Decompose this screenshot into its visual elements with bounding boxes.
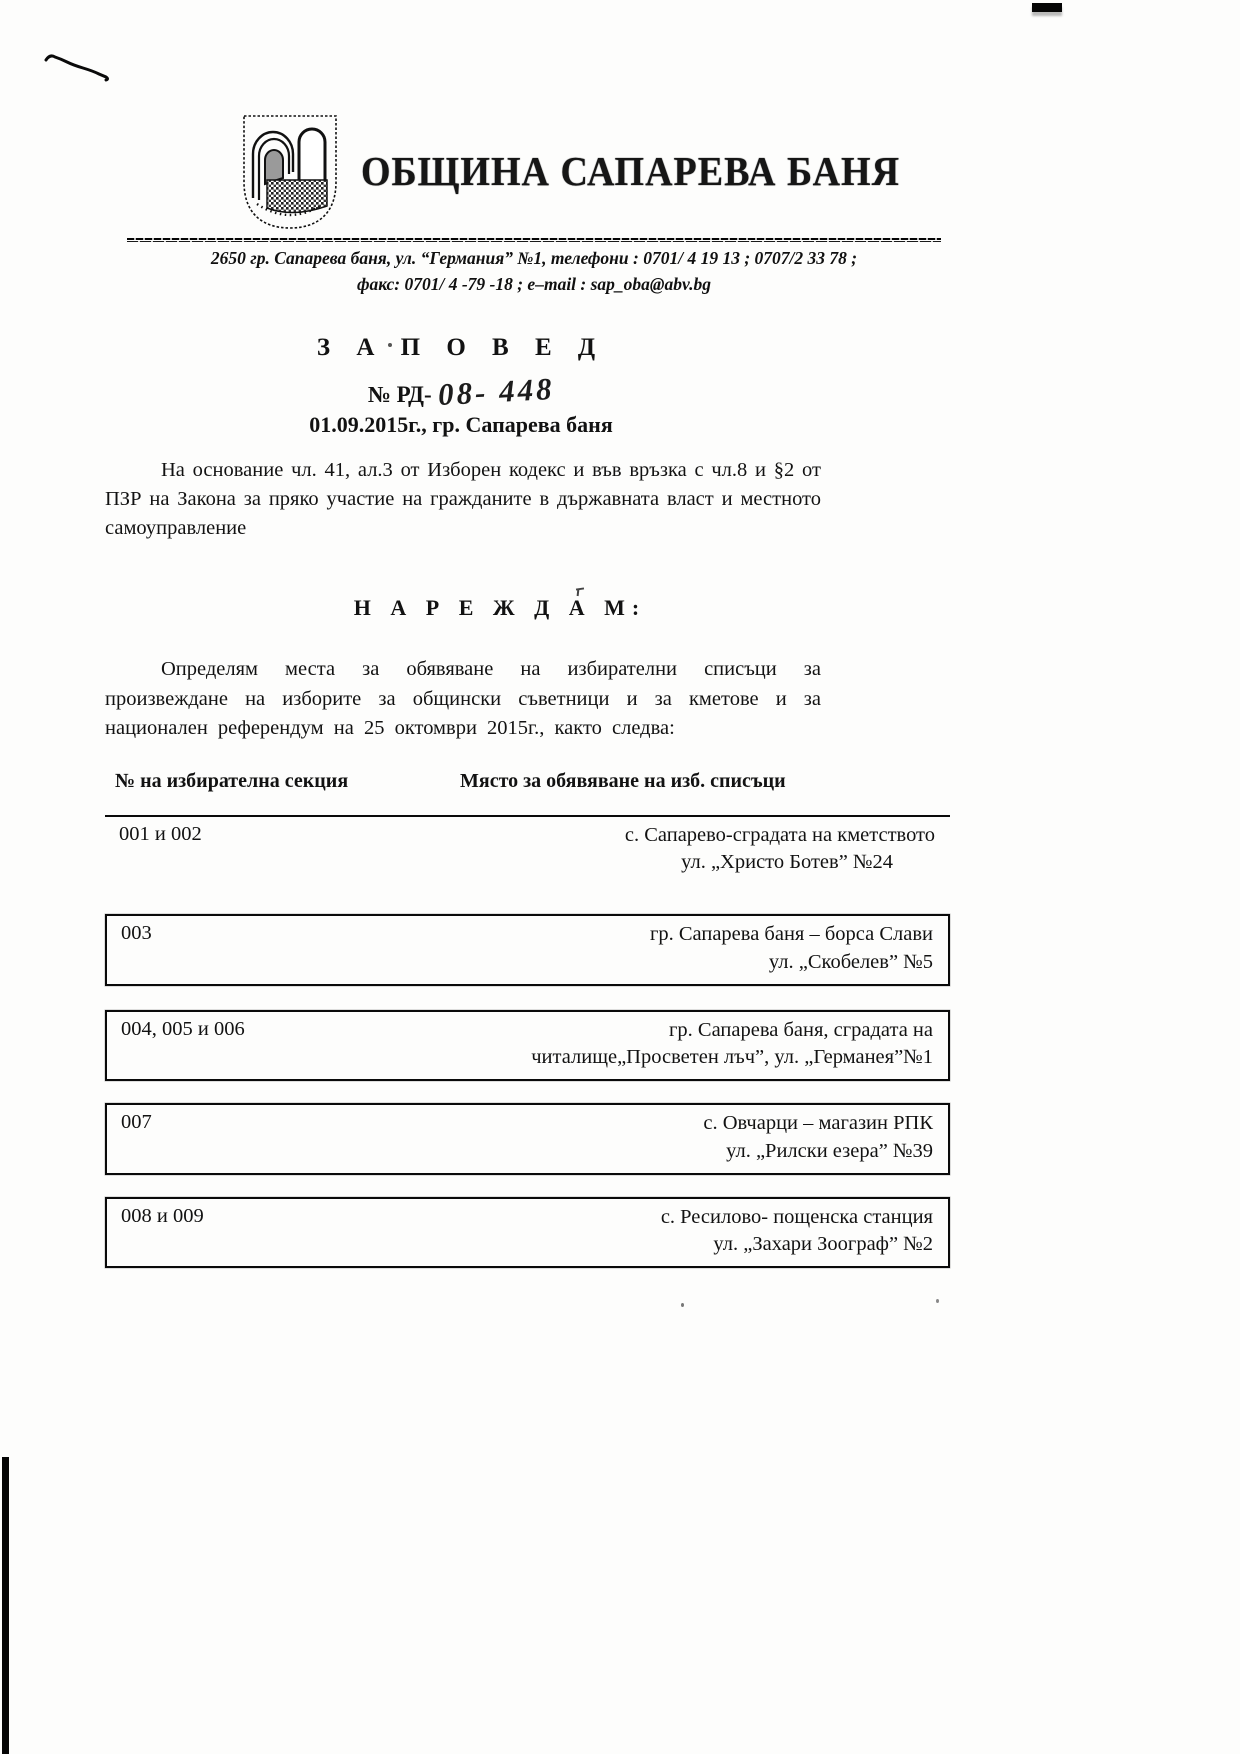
place-cell: с. Ресилово- пощенска станция ул. „Захар… <box>466 1199 948 1267</box>
address-line-2: факс: 0701/ 4 -79 -18 ; e–mail : sap_oba… <box>127 271 941 297</box>
scan-speck <box>681 1303 684 1307</box>
letterhead-address: 2650 гр. Сапарева баня, ул. “Германия” №… <box>127 245 941 298</box>
column-header-place: Място за обявяване на изб. списъци <box>460 770 950 793</box>
municipality-emblem-icon <box>231 112 349 232</box>
table-row: 001 и 002 с. Сапарево-сградата на кметст… <box>105 815 950 885</box>
polling-sections-table: № на избирателна секция Място за обявява… <box>105 770 950 1269</box>
order-number-handwritten: 08- 448 <box>437 370 555 412</box>
column-header-section: № на избирателна секция <box>105 770 460 793</box>
place-cell: гр. Сапарева баня – борса Слави ул. „Ско… <box>466 916 948 984</box>
place-line-2: читалище„Просветен лъч”, ул. „Германея”№… <box>466 1044 933 1071</box>
table-header-row: № на избирателна секция Място за обявява… <box>105 770 950 793</box>
pen-squiggle-mark <box>40 48 140 84</box>
place-cell: гр. Сапарева баня, сградата на читалище„… <box>466 1012 948 1080</box>
command-heading: Н А Р Е Ж Д А М: <box>105 595 895 621</box>
scan-artifact-top-right <box>1032 3 1062 12</box>
address-line-1: 2650 гр. Сапарева баня, ул. “Германия” №… <box>127 245 941 271</box>
table-row: 007 с. Овчарци – магазин РПК ул. „Рилски… <box>105 1103 950 1175</box>
scan-speck <box>936 1299 939 1303</box>
letterhead-rule <box>127 238 941 242</box>
place-cell: с. Сапарево-сградата на кметството ул. „… <box>464 817 950 885</box>
municipality-name: ОБЩИНА САПАРЕВА БАНЯ <box>361 148 900 196</box>
section-number: 007 <box>107 1105 466 1173</box>
order-number: № РД-08- 448 <box>105 374 817 410</box>
legal-basis-paragraph: На основание чл. 41, ал.3 от Изборен код… <box>105 456 821 543</box>
order-number-prefix: № РД- <box>368 382 432 407</box>
place-line-1: гр. Сапарева баня – борса Слави <box>466 921 933 948</box>
letterhead: ОБЩИНА САПАРЕВА БАНЯ <box>231 112 955 232</box>
place-line-2: ул. „Скобелев” №5 <box>466 949 933 976</box>
document-title: З А П О В Е Д <box>105 334 817 362</box>
section-number: 004, 005 и 006 <box>107 1012 466 1080</box>
scan-artifact-left-bar <box>2 1457 9 1754</box>
intro-paragraph: Определям места за обявяване на избирате… <box>105 655 821 744</box>
place-line-1: гр. Сапарева баня, сградата на <box>466 1017 933 1044</box>
order-date-place: 01.09.2015г., гр. Сапарева баня <box>105 412 817 438</box>
table-row: 003 гр. Сапарева баня – борса Слави ул. … <box>105 914 950 986</box>
place-line-2: ул. „Христо Ботев” №24 <box>464 849 893 876</box>
section-number: 008 и 009 <box>107 1199 466 1267</box>
place-line-1: с. Овчарци – магазин РПК <box>466 1110 933 1137</box>
table-row: 004, 005 и 006 гр. Сапарева баня, сграда… <box>105 1010 950 1082</box>
place-line-2: ул. „Захари Зоограф” №2 <box>466 1231 933 1258</box>
place-line-1: с. Сапарево-сградата на кметството <box>464 822 935 849</box>
place-line-1: с. Ресилово- пощенска станция <box>466 1204 933 1231</box>
place-line-2: ул. „Рилски езера” №39 <box>466 1138 933 1165</box>
place-cell: с. Овчарци – магазин РПК ул. „Рилски езе… <box>466 1105 948 1173</box>
scanned-order-document: ОБЩИНА САПАРЕВА БАНЯ 2650 гр. Сапарева б… <box>0 0 1240 1754</box>
section-number: 001 и 002 <box>105 817 464 885</box>
section-number: 003 <box>107 916 466 984</box>
table-row: 008 и 009 с. Ресилово- пощенска станция … <box>105 1197 950 1269</box>
